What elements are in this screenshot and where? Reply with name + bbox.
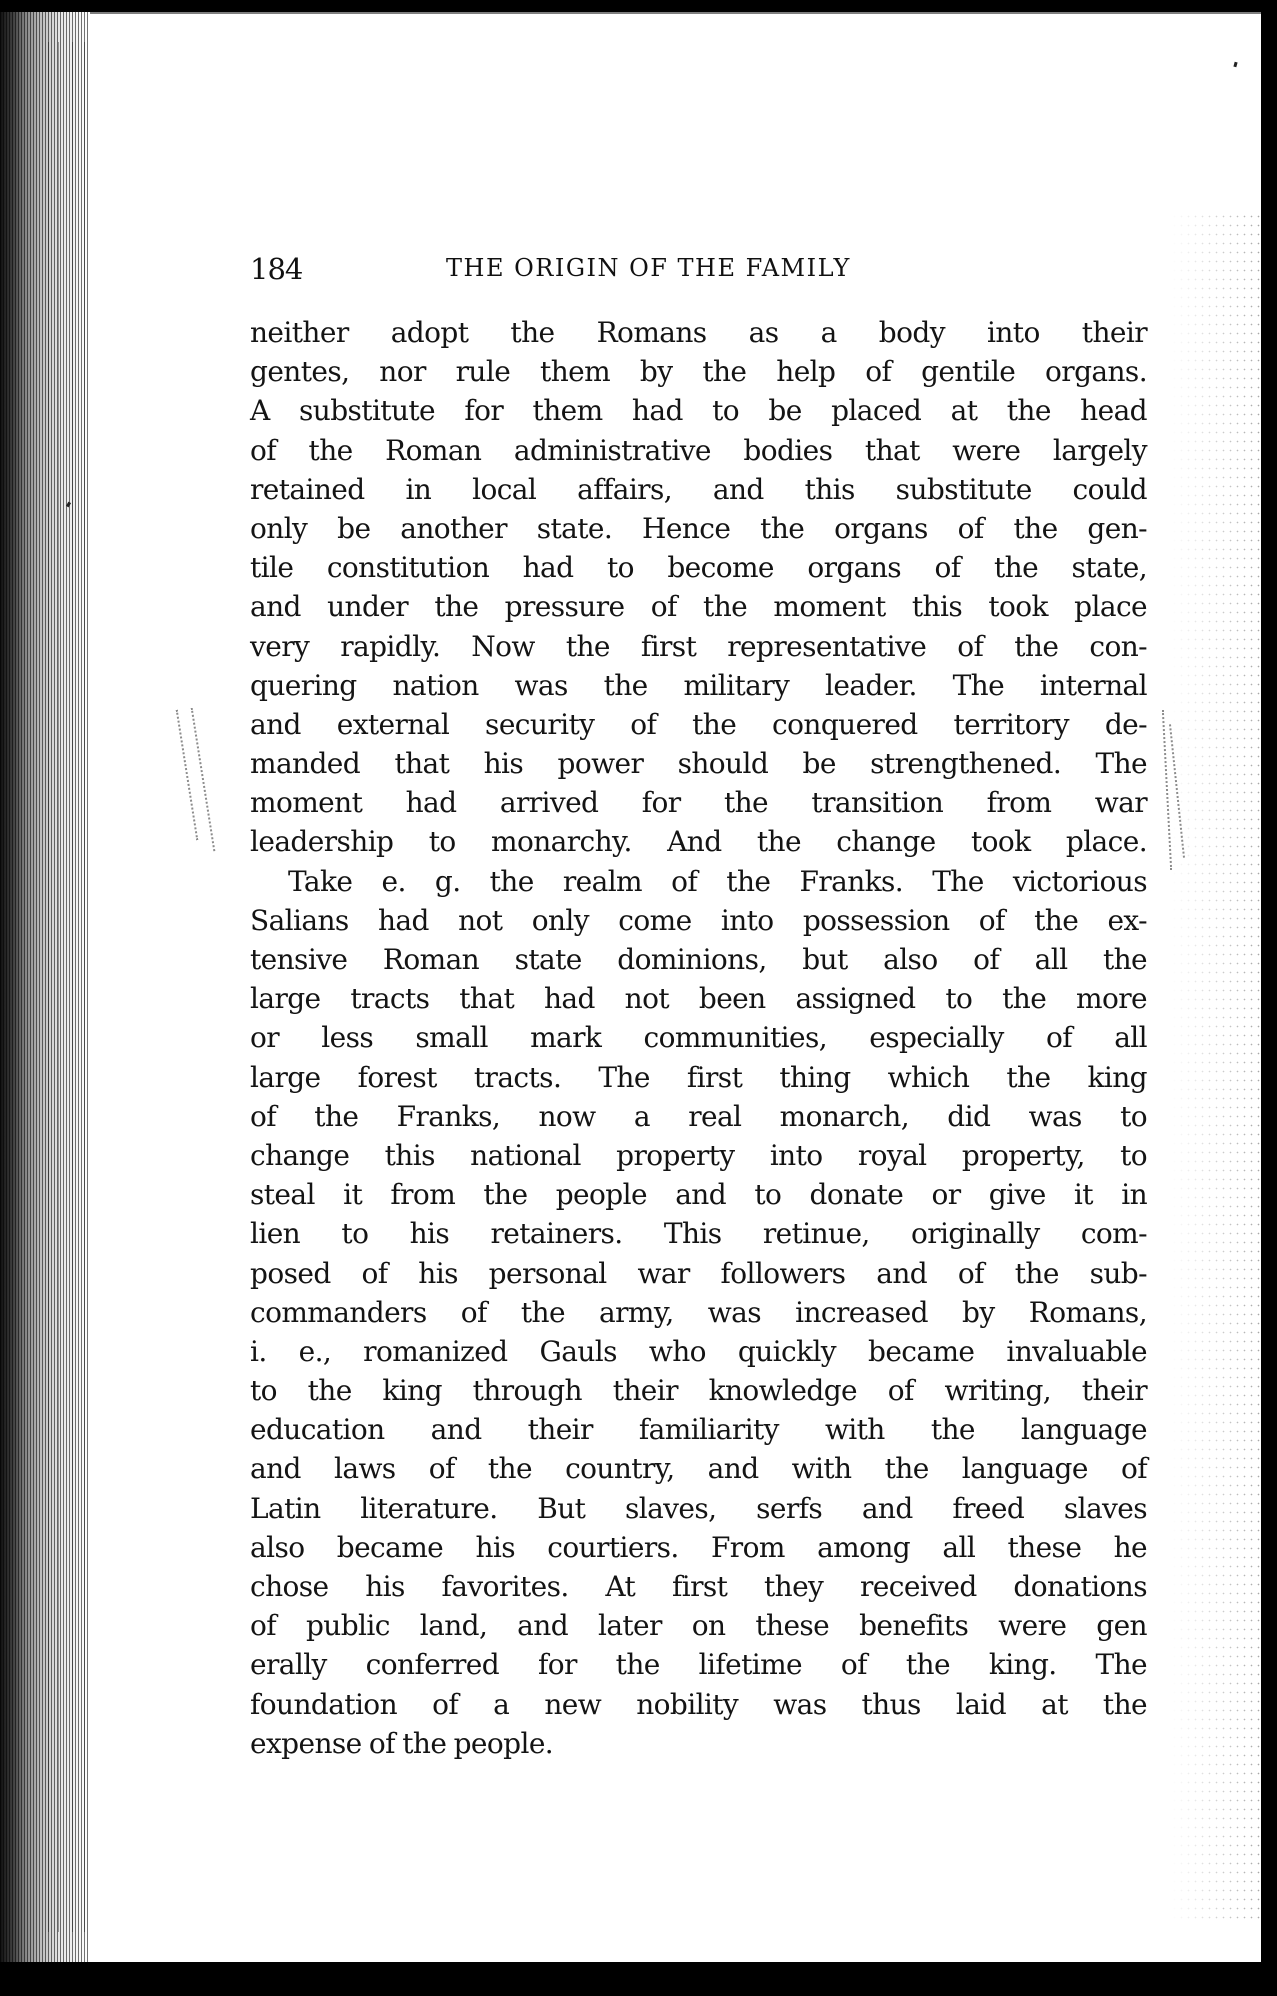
page-edge-line <box>72 42 73 1932</box>
text-line: leadership to monarchy. And the change t… <box>250 822 1147 861</box>
text-line: only be another state. Hence the organs … <box>250 509 1147 548</box>
text-line: Take e. g. the realm of the Franks. The … <box>250 862 1147 901</box>
text-line: i. e., romanized Gauls who quickly becam… <box>250 1332 1147 1371</box>
text-line: Salians had not only come into possessio… <box>250 901 1147 940</box>
text-line: moment had arrived for the transition fr… <box>250 783 1147 822</box>
text-line: expense of the people. <box>250 1724 1147 1763</box>
text-line: A substitute for them had to be placed a… <box>250 391 1147 430</box>
text-line: and external security of the conquered t… <box>250 705 1147 744</box>
text-line: foundation of a new nobility was thus la… <box>250 1685 1147 1724</box>
text-line: tile constitution had to become organs o… <box>250 548 1147 587</box>
text-line: chose his favorites. At first they recei… <box>250 1567 1147 1606</box>
page-right-edge <box>1261 12 1265 1962</box>
text-line: gentes, nor rule them by the help of gen… <box>250 352 1147 391</box>
running-head-title: THE ORIGIN OF THE FAMILY <box>446 254 851 282</box>
scan-bottom-border <box>0 1962 1277 1996</box>
text-line: large forest tracts. The first thing whi… <box>250 1058 1147 1097</box>
text-line: commanders of the army, was increased by… <box>250 1293 1147 1332</box>
text-line: steal it from the people and to donate o… <box>250 1175 1147 1214</box>
text-line: of the Franks, now a real monarch, did w… <box>250 1097 1147 1136</box>
page-edge-line <box>84 42 85 1932</box>
text-line: also became his courtiers. From among al… <box>250 1528 1147 1567</box>
page-edge-line <box>58 42 59 1932</box>
text-line: of the Roman administrative bodies that … <box>250 431 1147 470</box>
text-line: neither adopt the Romans as a body into … <box>250 313 1147 352</box>
text-line: large tracts that had not been assigned … <box>250 979 1147 1018</box>
text-line: manded that his power should be strength… <box>250 744 1147 783</box>
page-number: 184 <box>250 252 302 286</box>
text-line: Latin literature. But slaves, serfs and … <box>250 1489 1147 1528</box>
text-line: or less small mark communities, especial… <box>250 1018 1147 1057</box>
text-line: and under the pressure of the moment thi… <box>250 587 1147 626</box>
book-gutter-shading <box>0 12 90 1962</box>
scan-noise <box>1171 212 1261 1922</box>
text-line: change this national property into royal… <box>250 1136 1147 1175</box>
page-top-edge <box>90 12 1261 14</box>
text-line: very rapidly. Now the first representati… <box>250 627 1147 666</box>
book-page: 184 THE ORIGIN OF THE FAMILY neither ado… <box>0 12 1265 1962</box>
page-edge-line <box>48 42 49 1932</box>
paragraph-1: neither adopt the Romans as a body into … <box>250 313 1147 862</box>
ink-speck <box>1233 62 1237 68</box>
text-line: retained in local affairs, and this subs… <box>250 470 1147 509</box>
body-text: neither adopt the Romans as a body into … <box>250 313 1147 1763</box>
running-head: 184 THE ORIGIN OF THE FAMILY <box>250 252 1147 286</box>
text-line: to the king through their knowledge of w… <box>250 1371 1147 1410</box>
text-line: posed of his personal war followers and … <box>250 1254 1147 1293</box>
text-line: education and their familiarity with the… <box>250 1410 1147 1449</box>
text-line: and laws of the country, and with the la… <box>250 1449 1147 1488</box>
text-line: tensive Roman state dominions, but also … <box>250 940 1147 979</box>
text-line: quering nation was the military leader. … <box>250 666 1147 705</box>
paragraph-2: Take e. g. the realm of the Franks. The … <box>250 862 1147 1763</box>
text-line: lien to his retainers. This retinue, ori… <box>250 1214 1147 1253</box>
text-line: of public land, and later on these benef… <box>250 1606 1147 1645</box>
text-line: erally conferred for the lifetime of the… <box>250 1645 1147 1684</box>
